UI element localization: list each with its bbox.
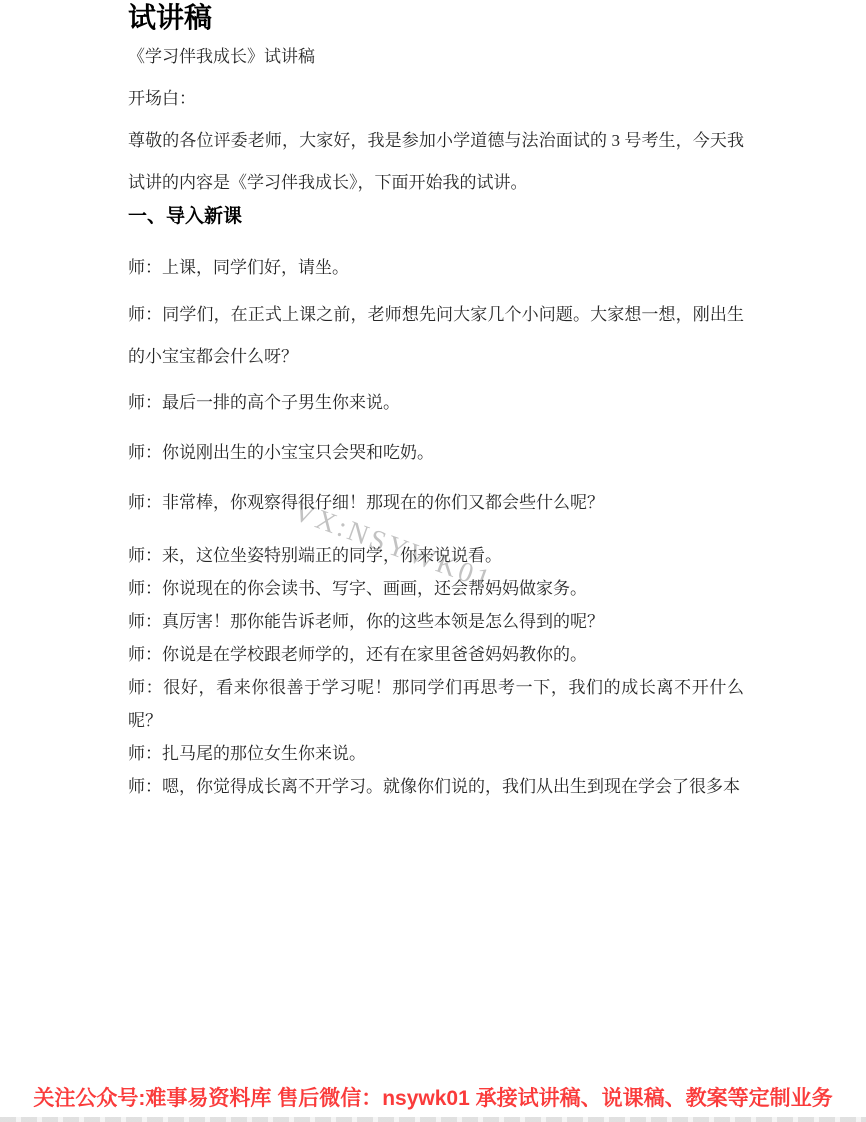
page-title: 试讲稿 [128, 0, 744, 36]
document-page: 试讲稿 《学习伴我成长》试讲稿 开场白： 尊敬的各位评委老师，大家好，我是参加小… [0, 0, 866, 1122]
dialogue-line: 师：最后一排的高个子男生你来说。 [128, 382, 744, 424]
dialogue-line: 师：你说现在的你会读书、写字、画画，还会帮妈妈做家务。 [128, 572, 744, 605]
page-bottom-edge [0, 1117, 866, 1122]
document-body: 试讲稿 《学习伴我成长》试讲稿 开场白： 尊敬的各位评委老师，大家好，我是参加小… [128, 0, 744, 803]
document-subtitle: 《学习伴我成长》试讲稿 [128, 36, 744, 78]
dialogue-line: 师：真厉害！那你能告诉老师，你的这些本领是怎么得到的呢？ [128, 605, 744, 638]
dialogue-line: 师：你说是在学校跟老师学的，还有在家里爸爸妈妈教你的。 [128, 638, 744, 671]
section-heading-lead-in: 一、导入新课 [128, 204, 744, 230]
dialogue-line: 师：扎马尾的那位女生你来说。 [128, 737, 744, 770]
dialogue-line: 师：你说刚出生的小宝宝只会哭和吃奶。 [128, 432, 744, 474]
dialogue-line: 师：非常棒，你观察得很仔细！那现在的你们又都会些什么呢？ [128, 482, 744, 524]
dialogue-line: 师：嗯，你觉得成长离不开学习。就像你们说的，我们从出生到现在学会了很多本 [128, 770, 744, 803]
dialogue-line: 师：很好，看来你很善于学习呢！那同学们再思考一下，我们的成长离不开什么呢？ [128, 671, 744, 737]
opening-paragraph: 尊敬的各位评委老师，大家好，我是参加小学道德与法治面试的 3 号考生，今天我试讲… [128, 120, 744, 204]
promo-footer-banner: 关注公众号:难事易资料库 售后微信：nsywk01 承接试讲稿、说课稿、教案等定… [0, 1085, 866, 1115]
dialogue-line: 师：同学们，在正式上课之前，老师想先问大家几个小问题。大家想一想，刚出生的小宝宝… [128, 294, 744, 378]
dialogue-line: 师：来，这位坐姿特别端正的同学，你来说说看。 [128, 539, 744, 572]
dialogue-line: 师：上课，同学们好，请坐。 [128, 247, 744, 289]
opening-label: 开场白： [128, 78, 744, 120]
